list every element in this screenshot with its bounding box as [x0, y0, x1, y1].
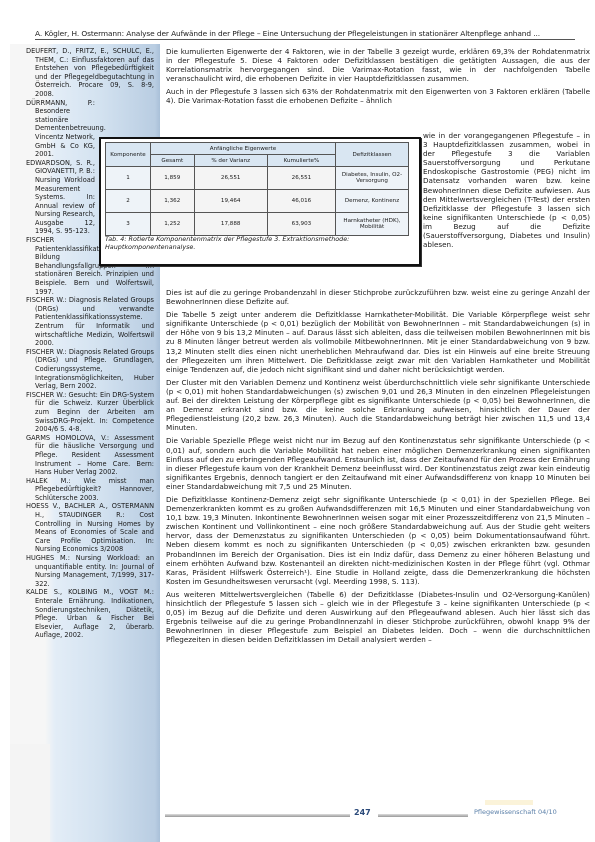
- main-text-bottom: Dies ist auf die zu geringe Probandenzah…: [166, 288, 590, 648]
- cell-gesamt: 1,362: [151, 190, 195, 213]
- reference-item: HALEK M.: Wie misst man Pflegebedürftigk…: [26, 477, 154, 503]
- reference-item: FISCHER W.: Diagnosis Related Groups (DR…: [26, 296, 154, 348]
- cell-varianz: 26,551: [194, 167, 267, 190]
- col-header-eigenwerte: Anfängliche Eigenwerte: [151, 143, 336, 155]
- cell-kumuliert: 46,016: [267, 190, 335, 213]
- eigenvalue-table: Komponente Anfängliche Eigenwerte Defizi…: [105, 142, 409, 236]
- reference-item: EDWARDSON, S. R., GIOVANETTI, P. B.: Nur…: [26, 159, 95, 236]
- page-number: 247: [354, 808, 371, 817]
- wrapped-paragraph: wie in der vorangegangenen Pflegestufe –…: [423, 131, 590, 249]
- reference-item: HOESS V., BACHLER A., OSTERMANN H., STAU…: [26, 502, 154, 554]
- table-4: Komponente Anfängliche Eigenwerte Defizi…: [99, 137, 421, 266]
- cell-komponente: 3: [106, 213, 151, 236]
- reference-item: HUGHES M.: Nursing Workload: an unquanti…: [26, 554, 154, 588]
- cell-defizitklasse: Diabetes, Insulin, O2-Versorgung: [336, 167, 409, 190]
- cell-defizitklasse: Demenz, Kontinenz: [336, 190, 409, 213]
- cell-komponente: 2: [106, 190, 151, 213]
- paragraph: Die Tabelle 5 zeigt unter anderem die De…: [166, 310, 590, 374]
- footer-rule-right: [378, 814, 468, 817]
- reference-item: KALDE S., KOLBING M., VOGT M.: Enterale …: [26, 588, 154, 640]
- reference-list: DEUFERT, D., FRITZ, E., SCHULC, E., THEM…: [26, 47, 154, 640]
- cell-gesamt: 1,859: [151, 167, 195, 190]
- col-header-kumuliert: Kumulierte%: [267, 155, 335, 167]
- table-row: 3 1,252 17,888 63,903 Harnkatheter (HDK)…: [106, 213, 409, 236]
- paragraph: Die kumulierten Eigenwerte der 4 Faktore…: [166, 47, 590, 83]
- paragraph: Auch in der Pflegestufe 3 lassen sich 63…: [166, 87, 590, 105]
- col-header-komponente: Komponente: [106, 143, 151, 167]
- footer-rule-left: [165, 814, 350, 817]
- col-header-defizitklassen: Defizitklassen: [336, 143, 409, 167]
- cell-varianz: 17,888: [194, 213, 267, 236]
- table-caption: Tab. 4: Rotierte Komponentenmatrix der P…: [105, 235, 410, 251]
- col-header-varianz: % der Varianz: [194, 155, 267, 167]
- running-header: A. Kögler, H. Ostermann: Analyse der Auf…: [35, 29, 575, 40]
- table-row: 2 1,362 19,464 46,016 Demenz, Kontinenz: [106, 190, 409, 213]
- reference-item: DÜRRMANN, P.: Besondere stationäre Demen…: [26, 99, 95, 159]
- reference-item: FISCHER W.: Gesucht: Ein DRG-System für …: [26, 391, 154, 434]
- paragraph: Die Defizitklasse Kontinenz-Demenz zeigt…: [166, 495, 590, 586]
- paragraph: Dies ist auf die zu geringe Probandenzah…: [166, 288, 590, 306]
- journal-name: Pflegewissenschaft 04/10: [474, 808, 557, 816]
- cell-gesamt: 1,252: [151, 213, 195, 236]
- cell-varianz: 19,464: [194, 190, 267, 213]
- cell-kumuliert: 26,551: [267, 167, 335, 190]
- col-header-gesamt: Gesamt: [151, 155, 195, 167]
- paragraph: Aus weiteren Mittelwertsvergleichen (Tab…: [166, 590, 590, 645]
- footer-accent: [485, 800, 533, 805]
- reference-item: GARMS HOMOLOVA, V.: Assessment für die h…: [26, 434, 154, 477]
- main-text-top: Die kumulierten Eigenwerte der 4 Faktore…: [166, 47, 590, 133]
- paragraph: Die Variable Spezielle Pflege weist nich…: [166, 436, 590, 491]
- paragraph: Der Cluster mit den Variablen Demenz und…: [166, 378, 590, 433]
- cell-komponente: 1: [106, 167, 151, 190]
- reference-item: DEUFERT, D., FRITZ, E., SCHULC, E., THEM…: [26, 47, 154, 99]
- table-row: 1 1,859 26,551 26,551 Diabetes, Insulin,…: [106, 167, 409, 190]
- cell-kumuliert: 63,903: [267, 213, 335, 236]
- reference-item: FISCHER W.: Diagnosis Related Groups (DR…: [26, 348, 154, 391]
- cell-defizitklasse: Harnkatheter (HDK), Mobilität: [336, 213, 409, 236]
